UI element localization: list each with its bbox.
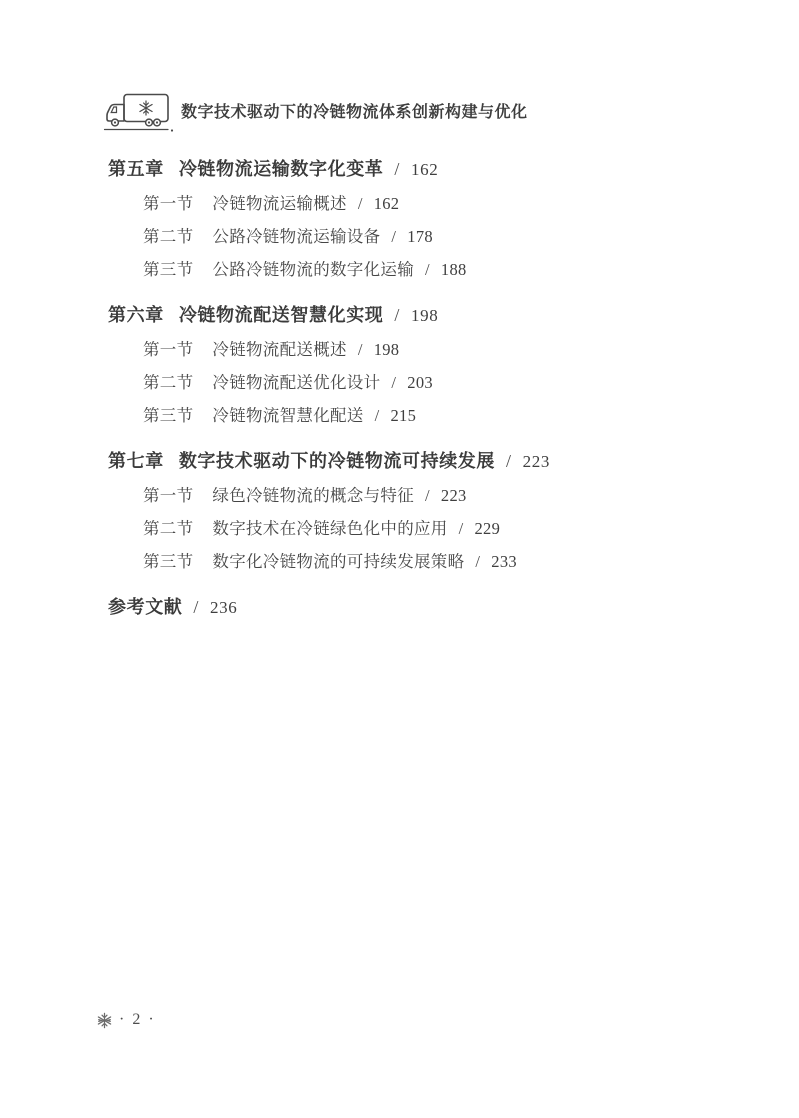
book-page: 数字技术驱动下的冷链物流体系创新构建与优化 第五章冷链物流运输数字化变革/162… — [0, 0, 799, 1118]
chapter-label: 第五章 — [108, 159, 164, 179]
page-separator: / — [391, 227, 396, 246]
page-separator: / — [358, 194, 363, 213]
section-title: 冷链物流智慧化配送 — [212, 406, 363, 425]
toc-ch5-section-3: 第三节公路冷链物流的数字化运输/188 — [143, 259, 708, 280]
section-title: 冷链物流运输概述 — [212, 194, 346, 213]
section-title: 冷链物流配送概述 — [212, 340, 346, 359]
section-label: 第三节 — [143, 406, 193, 425]
section-label: 第一节 — [143, 194, 193, 213]
page-separator: / — [475, 552, 480, 571]
section-label: 第三节 — [143, 260, 193, 279]
page-separator: / — [193, 597, 199, 617]
toc-chapter-5: 第五章冷链物流运输数字化变革/162 — [108, 158, 708, 181]
page-header: 数字技术驱动下的冷链物流体系创新构建与优化 — [103, 90, 528, 136]
section-label: 第一节 — [143, 340, 193, 359]
chapter-page-number: 162 — [411, 160, 438, 179]
toc-ch7-section-3: 第三节数字化冷链物流的可持续发展策略/233 — [143, 551, 708, 572]
toc-ch6-section-2: 第二节冷链物流配送优化设计/203 — [143, 372, 708, 393]
page-separator: / — [425, 260, 430, 279]
chapter-page-number: 198 — [411, 306, 438, 325]
section-page-number: 162 — [374, 194, 400, 213]
section-page-number: 215 — [391, 406, 417, 425]
folio-page-number: · 2 · — [119, 1011, 156, 1029]
section-title: 公路冷链物流的数字化运输 — [212, 260, 414, 279]
references-label: 参考文献 — [108, 597, 182, 617]
table-of-contents: 第五章冷链物流运输数字化变革/162 第一节冷链物流运输概述/162 第二节公路… — [108, 158, 708, 619]
toc-chapter-7: 第七章数字技术驱动下的冷链物流可持续发展/223 — [108, 450, 708, 473]
section-page-number: 203 — [407, 373, 433, 392]
section-page-number: 198 — [374, 340, 400, 359]
section-label: 第二节 — [143, 227, 193, 246]
section-label: 第二节 — [143, 373, 193, 392]
chapter-label: 第七章 — [108, 451, 164, 471]
page-separator: / — [459, 519, 464, 538]
references-page-number: 236 — [210, 598, 237, 617]
page-separator: / — [391, 373, 396, 392]
section-label: 第二节 — [143, 519, 193, 538]
section-title: 数字化冷链物流的可持续发展策略 — [212, 552, 464, 571]
page-separator: / — [375, 406, 380, 425]
toc-ch6-section-1: 第一节冷链物流配送概述/198 — [143, 339, 708, 360]
toc-ch7-section-2: 第二节数字技术在冷链绿色化中的应用/229 — [143, 518, 708, 539]
chapter-label: 第六章 — [108, 305, 164, 325]
page-footer: · 2 · — [96, 1011, 156, 1029]
chapter-title: 冷链物流运输数字化变革 — [179, 159, 384, 179]
section-title: 公路冷链物流运输设备 — [212, 227, 380, 246]
toc-ch7-section-1: 第一节绿色冷链物流的概念与特征/223 — [143, 485, 708, 506]
section-page-number: 223 — [441, 486, 467, 505]
chapter-title: 冷链物流配送智慧化实现 — [179, 305, 384, 325]
page-separator: / — [394, 159, 400, 179]
section-page-number: 229 — [475, 519, 501, 538]
book-title: 数字技术驱动下的冷链物流体系创新构建与优化 — [181, 99, 528, 128]
section-label: 第三节 — [143, 552, 193, 571]
page-separator: / — [358, 340, 363, 359]
toc-references: 参考文献/236 — [108, 596, 708, 619]
toc-ch6-section-3: 第三节冷链物流智慧化配送/215 — [143, 405, 708, 426]
section-label: 第一节 — [143, 486, 193, 505]
refrigerated-truck-icon — [103, 90, 175, 136]
section-page-number: 188 — [441, 260, 467, 279]
snowflake-icon — [96, 1012, 113, 1029]
section-title: 绿色冷链物流的概念与特征 — [212, 486, 414, 505]
chapter-page-number: 223 — [523, 452, 550, 471]
toc-chapter-6: 第六章冷链物流配送智慧化实现/198 — [108, 304, 708, 327]
section-page-number: 233 — [491, 552, 517, 571]
page-separator: / — [506, 451, 512, 471]
chapter-title: 数字技术驱动下的冷链物流可持续发展 — [179, 451, 495, 471]
section-title: 数字技术在冷链绿色化中的应用 — [212, 519, 447, 538]
section-page-number: 178 — [407, 227, 433, 246]
page-separator: / — [394, 305, 400, 325]
toc-ch5-section-2: 第二节公路冷链物流运输设备/178 — [143, 226, 708, 247]
page-separator: / — [425, 486, 430, 505]
toc-ch5-section-1: 第一节冷链物流运输概述/162 — [143, 193, 708, 214]
section-title: 冷链物流配送优化设计 — [212, 373, 380, 392]
